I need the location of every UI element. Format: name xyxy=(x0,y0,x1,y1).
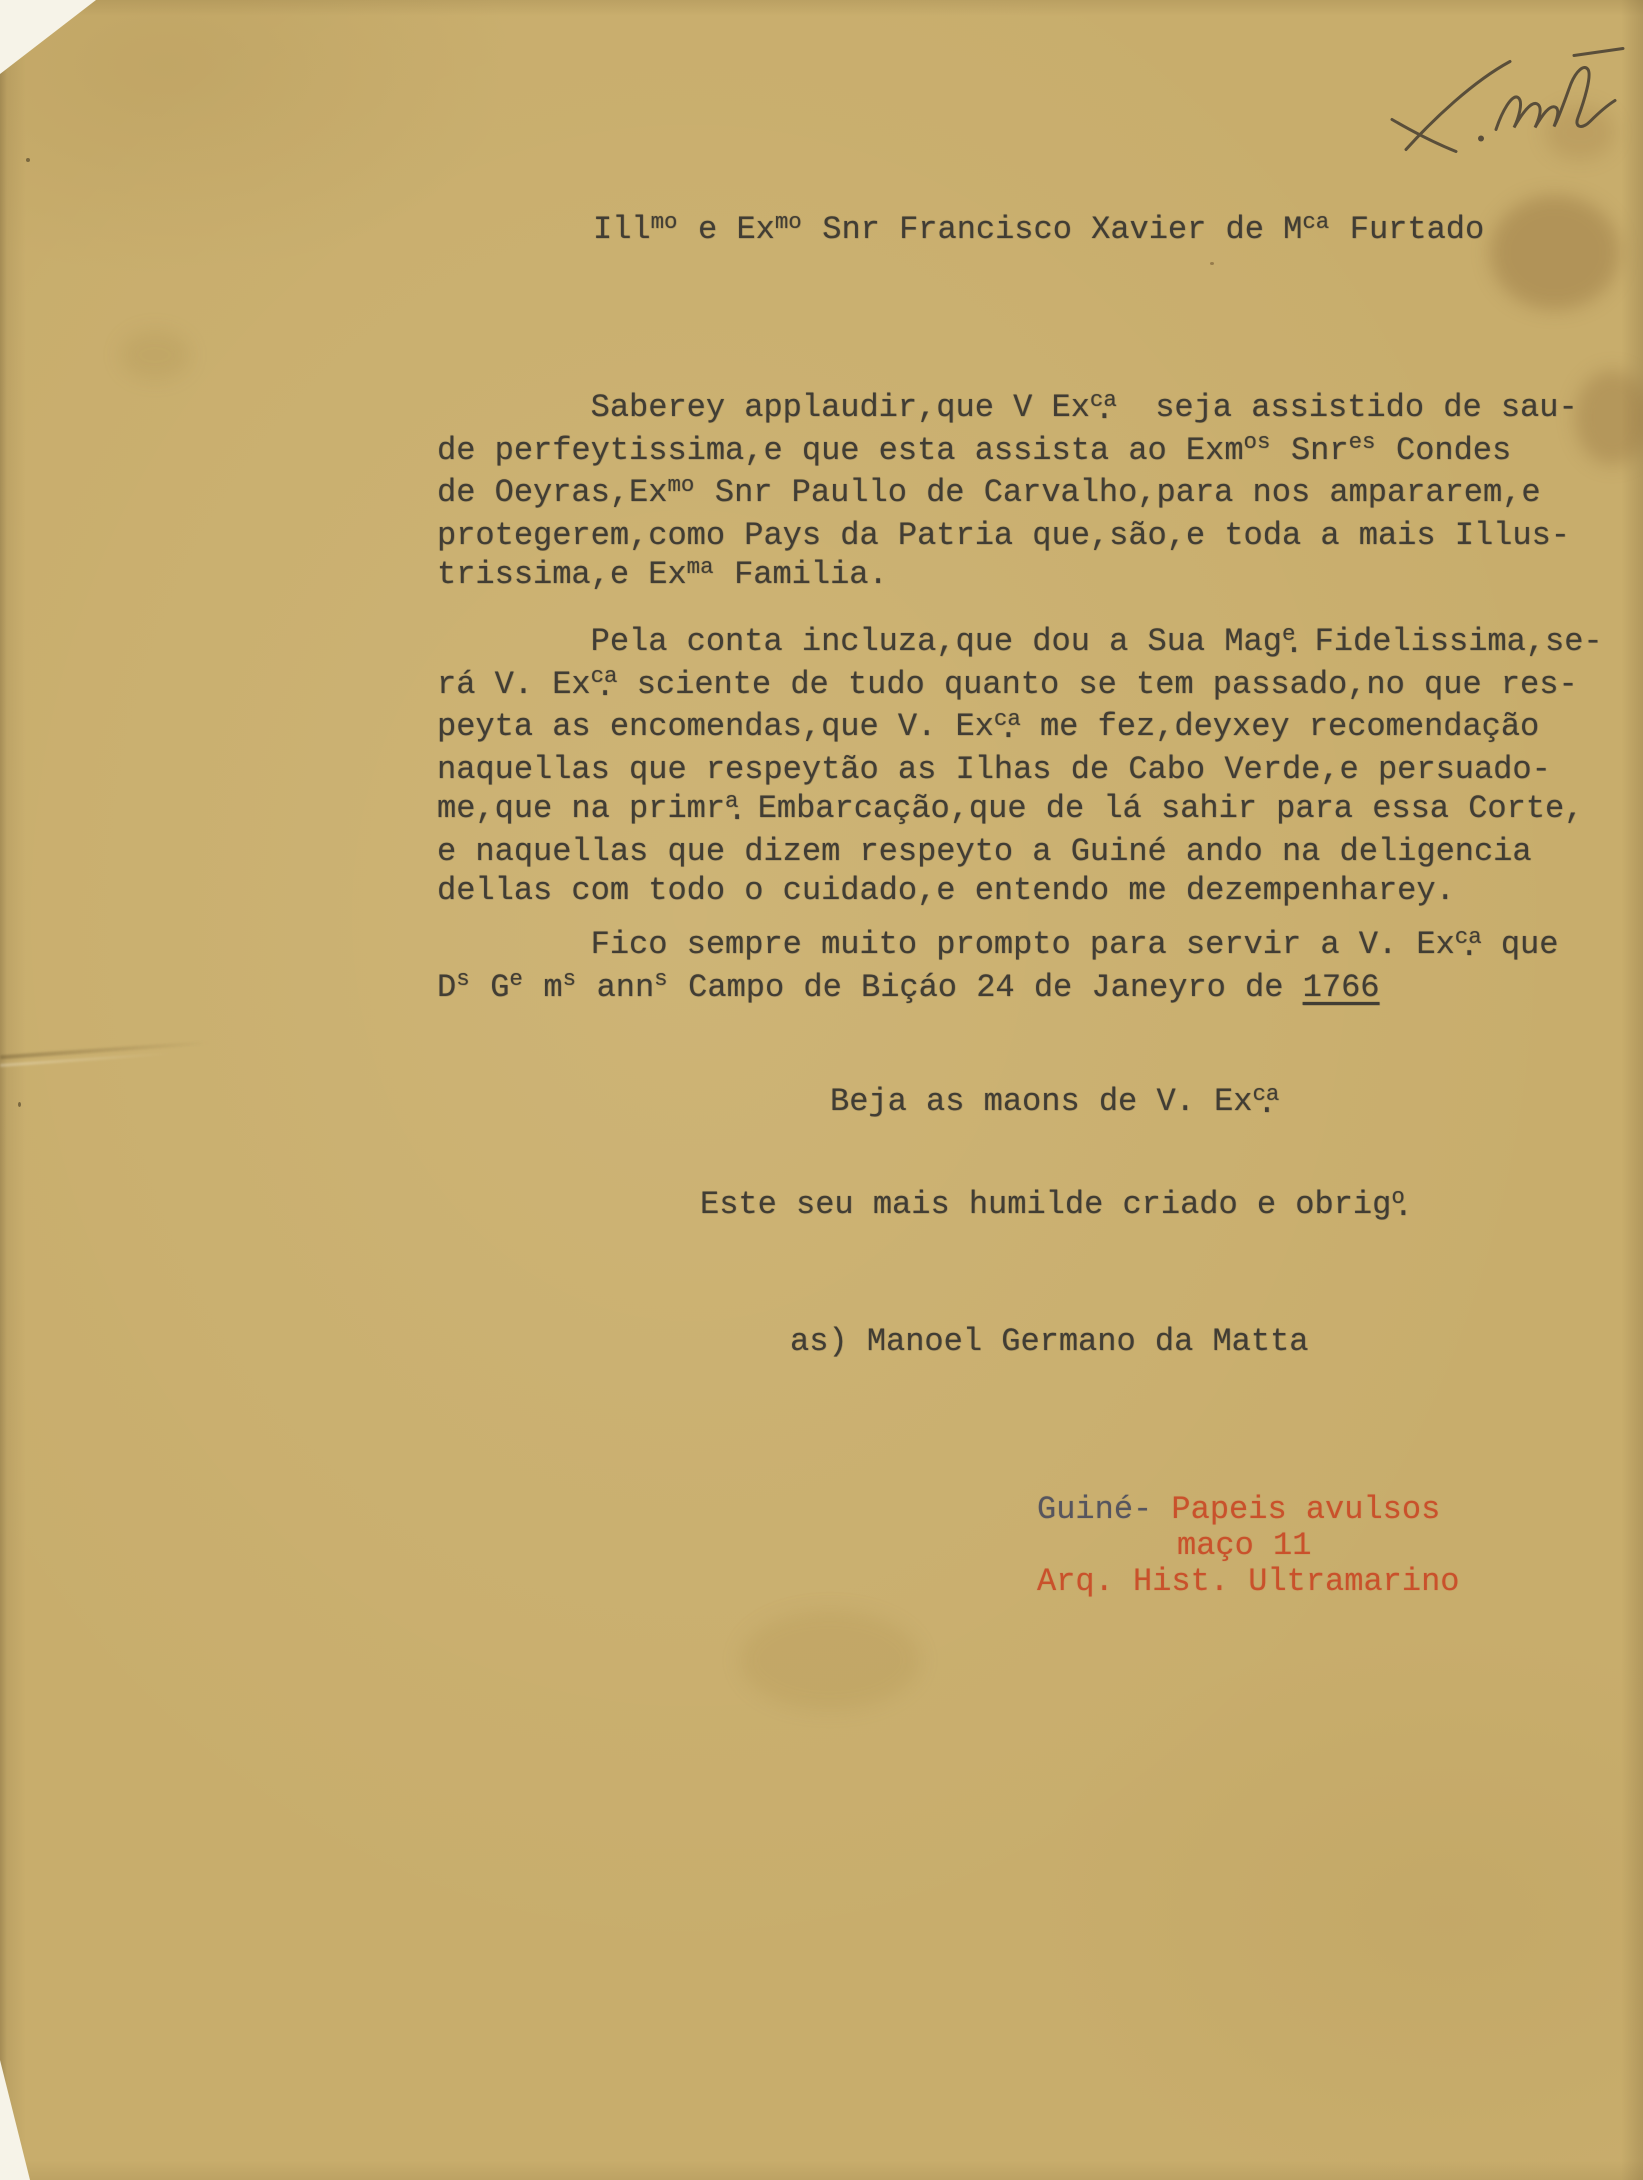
paper-stain xyxy=(1575,370,1643,465)
typed-line: Fico sempre muito prompto para servir a … xyxy=(437,925,1558,968)
typed-line: peyta as encomendas,que V. Exca. me fez,… xyxy=(437,707,1603,750)
stamp-collection-line: Guiné- Papeis avulsos xyxy=(1037,1492,1459,1528)
typed-line: e naquellas que dizem respeyto a Guiné a… xyxy=(437,832,1603,872)
closing-hand-kiss-line: Beja as maons de V. Exca. xyxy=(830,1082,1279,1125)
handwritten-initials-annotation xyxy=(1378,40,1628,158)
paper-stain xyxy=(1490,195,1620,310)
archive-reference-stamp: Guiné- Papeis avulsos maço 11 Arq. Hist.… xyxy=(1037,1492,1459,1600)
stamp-collection-name: Papeis avulsos xyxy=(1171,1491,1440,1528)
paragraph-3: Fico sempre muito prompto para servir a … xyxy=(437,925,1558,1010)
stamp-bundle-line: maço 11 xyxy=(1177,1528,1459,1564)
typed-line: dellas com todo o cuidado,e entendo me d… xyxy=(437,871,1603,911)
scan-corner-gap xyxy=(0,2060,30,2180)
typed-line: de perfeytissima,e que esta assista ao E… xyxy=(437,431,1578,474)
scanned-letter-page: Illmo e Exmo Snr Francisco Xavier de Mca… xyxy=(0,0,1643,2180)
ink-speck xyxy=(18,1102,21,1107)
paragraph-1: Saberey applaudir,que V Exca. seja assis… xyxy=(437,388,1578,598)
typed-line: Ds Ge ms anns Campo de Biçáo 24 de Janey… xyxy=(437,968,1558,1011)
closing-humble-servant-line: Este seu mais humilde criado e obrigo. xyxy=(700,1185,1405,1228)
typed-line: me,que na primra. Embarcação,que de lá s… xyxy=(437,789,1603,832)
paper-stain xyxy=(740,1610,920,1710)
paragraph-2: Pela conta incluza,que dou a Sua Mage. F… xyxy=(437,622,1603,911)
typed-line: protegerem,como Pays da Patria que,são,e… xyxy=(437,516,1578,556)
typed-line: naquellas que respeytão as Ilhas de Cabo… xyxy=(437,750,1603,790)
typed-line: Saberey applaudir,que V Exca. seja assis… xyxy=(437,388,1578,431)
paper-stain xyxy=(120,330,190,380)
scan-corner-gap xyxy=(0,0,96,74)
stamp-archive-line: Arq. Hist. Ultramarino xyxy=(1037,1564,1459,1600)
letter-heading: Illmo e Exmo Snr Francisco Xavier de Mca… xyxy=(593,210,1484,253)
signature-line: as) Manoel Germano da Matta xyxy=(790,1322,1308,1362)
typed-line: trissima,e Exma Familia. xyxy=(437,555,1578,598)
ink-speck xyxy=(1210,262,1214,265)
typed-line: de Oeyras,Exmo Snr Paullo de Carvalho,pa… xyxy=(437,473,1578,516)
stamp-collection-prefix: Guiné- xyxy=(1037,1491,1171,1528)
ink-speck xyxy=(26,158,30,162)
